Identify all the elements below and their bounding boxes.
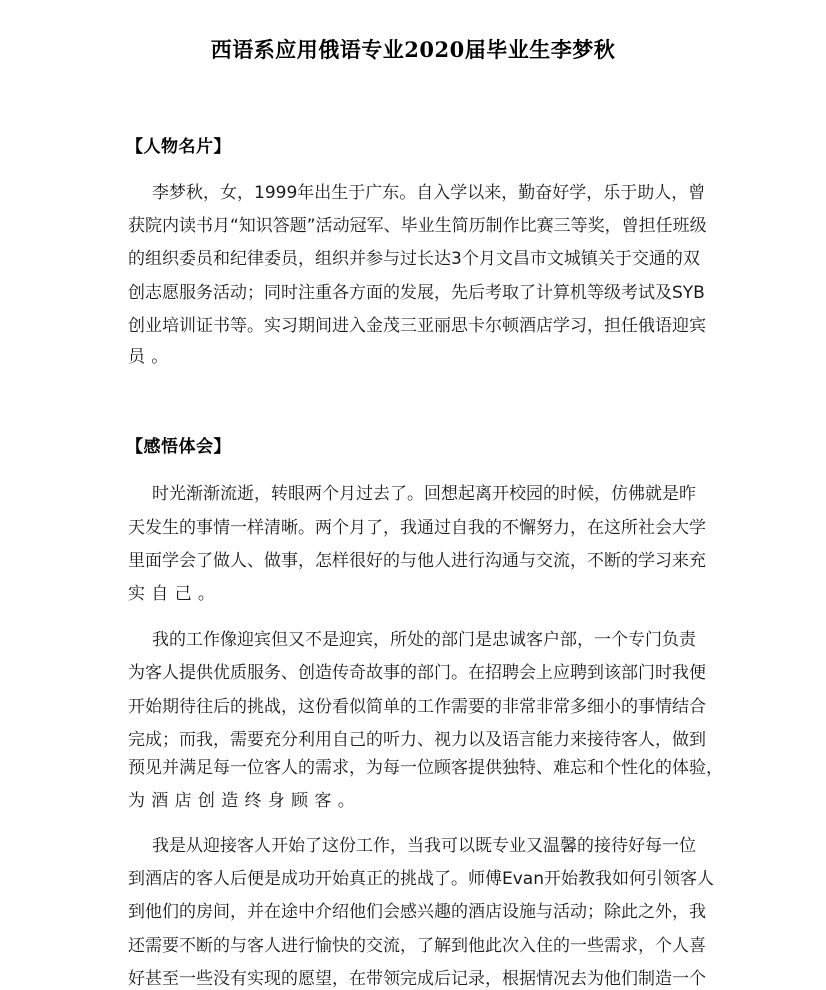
paragraph-line: 创业培训证书等。实习期间进入金茂三亚丽思卡尔顿酒店学习，担任俄语迎宾 [128, 314, 692, 338]
paragraph-line: 获院内读书月“知识答题”活动冠军、毕业生简历制作比赛三等奖，曾担任班级 [128, 214, 692, 238]
section-heading-profile: 【人物名片】 [126, 136, 231, 158]
paragraph-line: 我的工作像迎宾但又不是迎宾，所处的部门是忠诚客户部，一个专门负责 [152, 628, 692, 652]
paragraph-line: 天发生的事情一样清晰。两个月了，我通过自我的不懈努力，在这所社会大学 [128, 516, 692, 540]
paragraph-line: 创志愿服务活动；同时注重各方面的发展，先后考取了计算机等级考试及SYB [128, 281, 692, 305]
paragraph-line: 李梦秋，女，1999年出生于广东。自入学以来，勤奋好学，乐于助人，曾 [152, 181, 692, 205]
paragraph-line: 为客人提供优质服务、创造传奇故事的部门。在招聘会上应聘到该部门时我便 [128, 661, 692, 685]
paragraph-line: 实自己。 [128, 582, 692, 606]
paragraph-line: 完成；而我，需要充分利用自己的听力、视力以及语言能力来接待客人，做到 [128, 728, 692, 752]
document-page: 西语系应用俄语专业2020届毕业生李梦秋 【人物名片】 李梦秋，女，1999年出… [0, 0, 826, 990]
paragraph-line: 的组织委员和纪律委员，组织并参与过长达3个月文昌市文城镇关于交通的双 [128, 247, 692, 271]
paragraph-line: 员。 [128, 345, 692, 369]
paragraph-line: 到他们的房间，并在途中介绍他们会感兴趣的酒店设施与活动；除此之外，我 [128, 900, 692, 924]
paragraph-line: 时光渐渐流逝，转眼两个月过去了。回想起离开校园的时候，仿佛就是昨 [152, 482, 692, 506]
paragraph-line: 我是从迎接客人开始了这份工作，当我可以既专业又温馨的接待好每一位 [152, 834, 692, 858]
section-heading-reflections: 【感悟体会】 [126, 436, 231, 458]
paragraph-line: 到酒店的客人后便是成功开始真正的挑战了。师傅Evan开始教我如何引领客人 [128, 867, 692, 891]
paragraph-line: 还需要不断的与客人进行愉快的交流，了解到他此次入住的一些需求，个人喜 [128, 934, 692, 958]
paragraph-line: 开始期待往后的挑战，这份看似简单的工作需要的非常非常多细小的事情结合 [128, 695, 692, 719]
document-title: 西语系应用俄语专业2020届毕业生李梦秋 [0, 36, 826, 64]
paragraph-line: 里面学会了做人、做事，怎样很好的与他人进行沟通与交流，不断的学习来充 [128, 549, 692, 573]
paragraph-line: 好甚至一些没有实现的愿望，在带领完成后记录，根据情况去为他们制造一个 [128, 967, 692, 990]
paragraph-line: 预见并满足每一位客人的需求，为每一位顾客提供独特、难忘和个性化的体验， [128, 756, 697, 780]
paragraph-line: 为酒店创造终身顾客。 [128, 789, 692, 813]
